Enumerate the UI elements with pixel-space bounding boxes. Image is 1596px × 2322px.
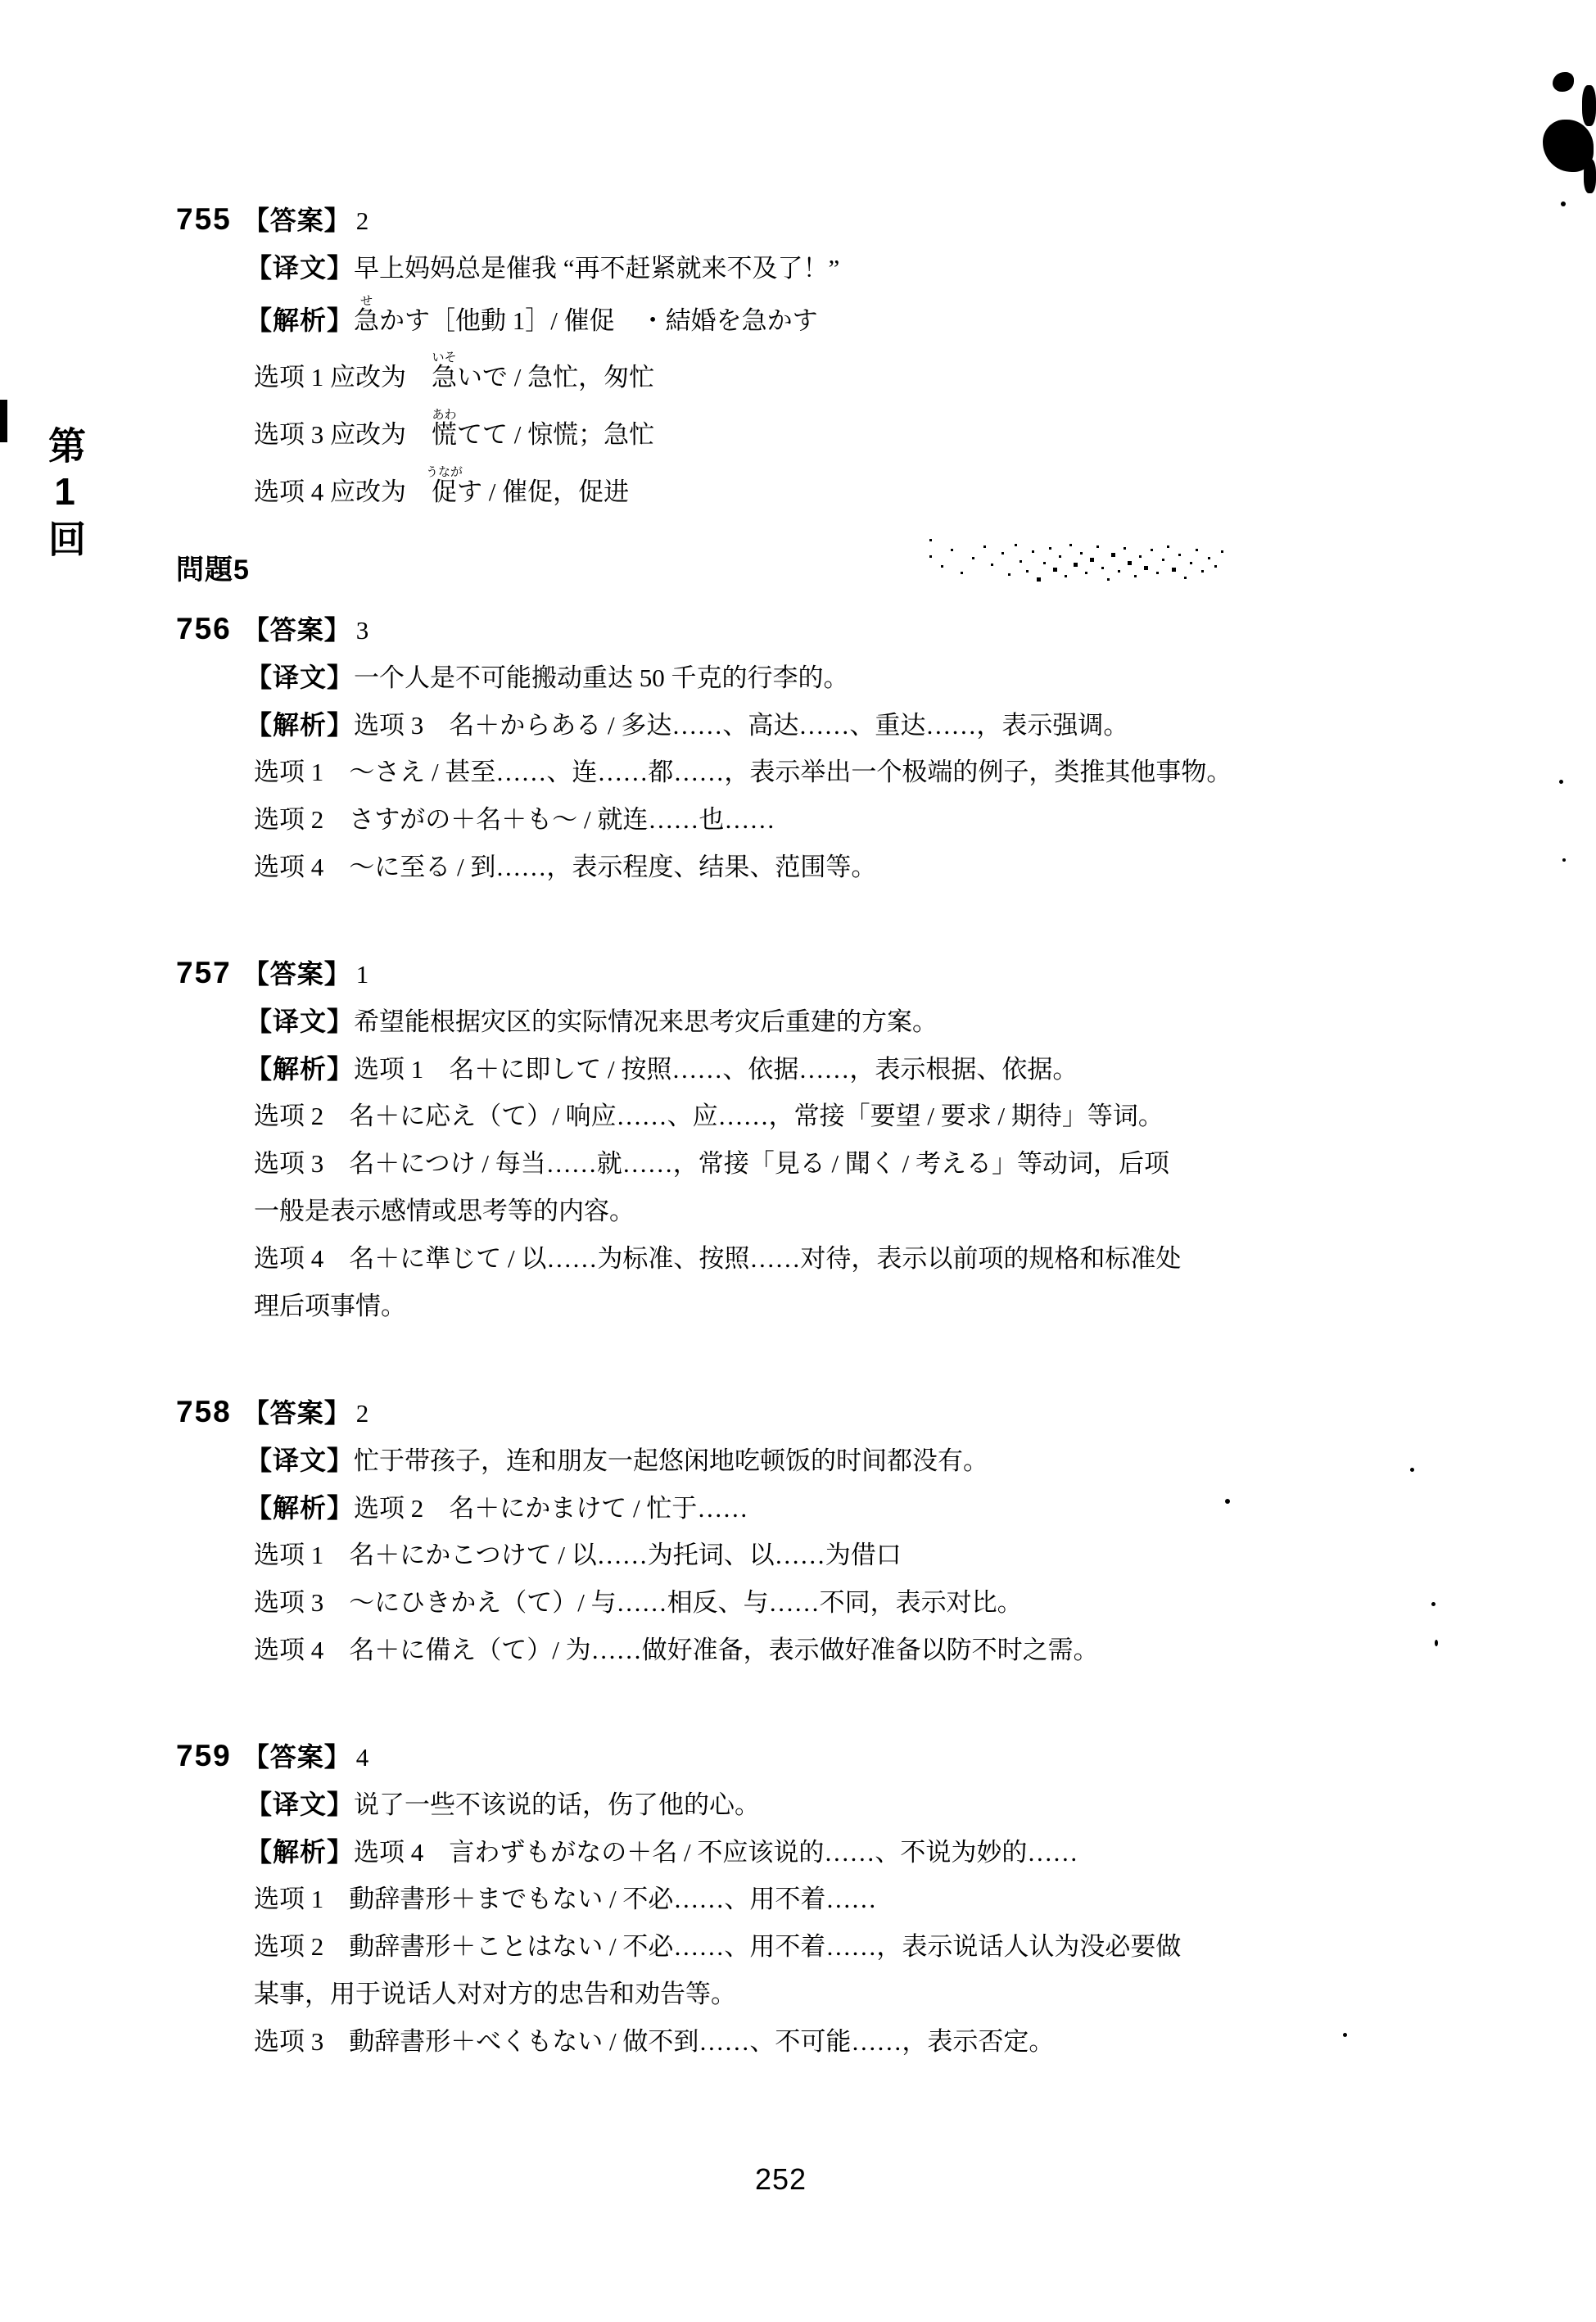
line-text: 选项 3 应改为 慌あわてて / 惊慌；急忙 — [254, 420, 654, 449]
item-number: 755 — [176, 202, 232, 236]
answer-value: 1 — [356, 960, 369, 989]
translation-line: 【译文】忙于带孩子，连和朋友一起悠闲地吃顿饭的时间都没有。 — [176, 1437, 1535, 1484]
option-line: 选项 3 名＋につけ / 每当……就……，常接「見る / 聞く / 考える」等动… — [176, 1140, 1535, 1188]
line-text: 选项 3 ～にひきかえ（て）/ 与……相反、与……不同，表示对比。 — [254, 1588, 1023, 1617]
line-text: 选项 4 名＋に備え（て）/ 为……做好准备，表示做好准备以防不时之需。 — [254, 1636, 1099, 1664]
line-text: 忙于带孩子，连和朋友一起悠闲地吃顿饭的时间都没有。 — [354, 1446, 988, 1475]
side-tab-round-label: 第1回 — [38, 426, 92, 564]
option-line: 选项 2 名＋に応え（て）/ 响应……、应……，常接「要望 / 要求 / 期待」… — [176, 1093, 1535, 1140]
page-number: 252 — [755, 2162, 807, 2197]
line-text: 选项 2 動辞書形＋ことはない / 不必……、用不着……，表示说话人认为没必要做 — [254, 1932, 1181, 1961]
ink-speck — [1561, 201, 1566, 206]
answer-label: 【答案】 — [243, 1398, 351, 1428]
analysis-line: 【解析】急せかす［他動 1］/ 催促 ・結婚を急かす — [176, 292, 1535, 349]
furigana-ruby: 促うなが — [432, 478, 457, 506]
option-line: 选项 2 さすがの＋名＋も～ / 就连……也…… — [176, 796, 1535, 844]
analysis-line: 【解析】选项 4 言わずもがなの＋名 / 不应该说的……、不说为妙的…… — [176, 1828, 1535, 1876]
option-line: 选项 3 应改为 慌あわてて / 惊慌；急忙 — [176, 406, 1535, 464]
translation-line: 【译文】一个人是不可能搬动重达 50 千克的行李的。 — [176, 654, 1535, 701]
translation-line: 【译文】说了一些不该说的话，伤了他的心。 — [176, 1781, 1535, 1828]
answer-key-content: 755【答案】2【译文】早上妈妈总是催我 “再不赶紧就来不及了！”【解析】急せか… — [176, 195, 1535, 2066]
answer-value: 3 — [356, 616, 369, 645]
answer-item-755: 755【答案】2【译文】早上妈妈总是催我 “再不赶紧就来不及了！”【解析】急せか… — [176, 195, 1535, 521]
line-text: 选项 4 ～に至る / 到……，表示程度、结果、范围等。 — [254, 853, 876, 881]
answer-label: 【答案】 — [243, 615, 351, 645]
ink-smudge-top-right — [1582, 85, 1596, 126]
continuation-line: 理后项事情。 — [176, 1283, 1535, 1330]
line-text: 某事，用于说话人对对方的忠告和劝告等。 — [254, 1980, 736, 2008]
option-line: 选项 4 名＋に準じて / 以……为标准、按照……对待，表示以前项的规格和标准处 — [176, 1235, 1535, 1283]
answer-label: 【答案】 — [243, 1742, 351, 1772]
answer-line: 757【答案】1 — [176, 948, 1535, 998]
line-text: 一个人是不可能搬动重达 50 千克的行李的。 — [354, 663, 849, 692]
item-number: 759 — [176, 1739, 232, 1772]
line-text: 选项 4 名＋に準じて / 以……为标准、按照……对待，表示以前项的规格和标准处 — [254, 1244, 1181, 1273]
item-number: 757 — [176, 956, 232, 989]
answer-line: 756【答案】3 — [176, 604, 1535, 654]
analysis-label: 【解析】 — [246, 710, 354, 740]
line-text: 选项 4 应改为 促うながす / 催促，促进 — [254, 478, 629, 506]
furigana-ruby: 急せ — [354, 306, 379, 335]
answer-item-759: 759【答案】4【译文】说了一些不该说的话，伤了他的心。【解析】选项 4 言わず… — [176, 1731, 1535, 2066]
answer-line: 758【答案】2 — [176, 1387, 1535, 1437]
answer-line: 759【答案】4 — [176, 1731, 1535, 1781]
line-text: 希望能根据灾区的实际情况来思考灾后重建的方案。 — [354, 1007, 938, 1036]
scanned-book-page: 第1回 755【答案】2【译文】早上妈妈总是催我 “再不赶紧就来不及了！”【解析… — [0, 0, 1596, 2322]
answer-label: 【答案】 — [243, 959, 351, 989]
analysis-line: 【解析】选项 3 名＋からある / 多达……、高达……、重达……，表示强调。 — [176, 701, 1535, 749]
line-text: 一般是表示感情或思考等的内容。 — [254, 1197, 635, 1225]
option-line: 选项 4 名＋に備え（て）/ 为……做好准备，表示做好准备以防不时之需。 — [176, 1627, 1535, 1674]
translation-label: 【译文】 — [246, 663, 354, 692]
translation-label: 【译文】 — [246, 253, 354, 283]
line-text: 选项 1 動辞書形＋までもない / 不必……、用不着…… — [254, 1885, 876, 1913]
analysis-label: 【解析】 — [246, 306, 354, 335]
translation-line: 【译文】希望能根据灾区的实际情况来思考灾后重建的方案。 — [176, 998, 1535, 1045]
line-text: 选项 1 ～さえ / 甚至……、连……都……，表示举出一个极端的例子，类推其他事… — [254, 758, 1232, 786]
line-text: 选项 3 名＋からある / 多达……、高达……、重达……，表示强调。 — [354, 711, 1128, 740]
furigana-ruby: 急いそ — [432, 363, 457, 392]
answer-label: 【答案】 — [243, 206, 351, 235]
option-line: 选项 4 ～に至る / 到……，表示程度、结果、范围等。 — [176, 844, 1535, 891]
analysis-line: 【解析】选项 1 名＋に即して / 按照……、依据……，表示根据、依据。 — [176, 1045, 1535, 1093]
line-text: 选项 1 名＋に即して / 按照……、依据……，表示根据、依据。 — [354, 1055, 1078, 1084]
line-text: 急せかす［他動 1］/ 催促 ・結婚を急かす — [354, 306, 818, 335]
answer-value: 2 — [356, 206, 369, 235]
item-number: 758 — [176, 1395, 232, 1428]
line-text: 选项 2 さすがの＋名＋も～ / 就连……也…… — [254, 805, 775, 834]
ink-smudge-top-right — [1584, 159, 1596, 193]
scan-edge-mark — [0, 400, 7, 442]
option-line: 选项 3 ～にひきかえ（て）/ 与……相反、与……不同，表示对比。 — [176, 1579, 1535, 1627]
option-line: 选项 1 動辞書形＋までもない / 不必……、用不着…… — [176, 1876, 1535, 1923]
answer-item-758: 758【答案】2【译文】忙于带孩子，连和朋友一起悠闲地吃顿饭的时间都没有。【解析… — [176, 1387, 1535, 1674]
line-text: 说了一些不该说的话，伤了他的心。 — [354, 1790, 760, 1819]
option-line: 选项 1 ～さえ / 甚至……、连……都……，表示举出一个极端的例子，类推其他事… — [176, 749, 1535, 796]
answer-item-756: 756【答案】3【译文】一个人是不可能搬动重达 50 千克的行李的。【解析】选项… — [176, 604, 1535, 891]
translation-label: 【译文】 — [246, 1790, 354, 1819]
answer-value: 4 — [356, 1743, 369, 1772]
section-heading: 問題5 — [176, 544, 1535, 596]
line-text: 选项 4 言わずもがなの＋名 / 不应该说的……、不说为妙的…… — [354, 1838, 1078, 1867]
item-number: 756 — [176, 612, 232, 645]
line-text: 选项 3 名＋につけ / 每当……就……，常接「見る / 聞く / 考える」等动… — [254, 1149, 1169, 1178]
line-text: 选项 2 名＋にかまけて / 忙于…… — [354, 1494, 748, 1523]
answer-value: 2 — [356, 1399, 369, 1428]
analysis-line: 【解析】选项 2 名＋にかまけて / 忙于…… — [176, 1484, 1535, 1532]
analysis-label: 【解析】 — [246, 1493, 354, 1523]
translation-label: 【译文】 — [246, 1446, 354, 1475]
line-text: 早上妈妈总是催我 “再不赶紧就来不及了！” — [354, 254, 839, 283]
line-text: 选项 1 应改为 急いそいで / 急忙，匆忙 — [254, 363, 654, 392]
line-text: 选项 2 名＋に応え（て）/ 响应……、应……，常接「要望 / 要求 / 期待」… — [254, 1102, 1164, 1130]
option-line: 选项 1 应改为 急いそいで / 急忙，匆忙 — [176, 349, 1535, 406]
ink-smudge-top-right — [1553, 72, 1574, 92]
continuation-line: 一般是表示感情或思考等的内容。 — [176, 1188, 1535, 1235]
ink-speck — [1562, 858, 1566, 862]
line-text: 理后项事情。 — [254, 1292, 406, 1320]
option-line: 选项 1 名＋にかこつけて / 以……为托词、以……为借口 — [176, 1532, 1535, 1579]
line-text: 选项 1 名＋にかこつけて / 以……为托词、以……为借口 — [254, 1541, 902, 1569]
analysis-label: 【解析】 — [246, 1054, 354, 1084]
line-text: 选项 3 動辞書形＋べくもない / 做不到……、不可能……，表示否定。 — [254, 2027, 1054, 2056]
option-line: 选项 2 動辞書形＋ことはない / 不必……、用不着……，表示说话人认为没必要做 — [176, 1923, 1535, 1971]
translation-line: 【译文】早上妈妈总是催我 “再不赶紧就来不及了！” — [176, 244, 1535, 292]
furigana-ruby: 慌あわ — [432, 420, 457, 449]
ink-speck — [1559, 780, 1563, 784]
option-line: 选项 4 应改为 促うながす / 催促，促进 — [176, 464, 1535, 521]
analysis-label: 【解析】 — [246, 1837, 354, 1867]
option-line: 选项 3 動辞書形＋べくもない / 做不到……、不可能……，表示否定。 — [176, 2018, 1535, 2066]
answer-item-757: 757【答案】1【译文】希望能根据灾区的实际情况来思考灾后重建的方案。【解析】选… — [176, 948, 1535, 1330]
continuation-line: 某事，用于说话人对对方的忠告和劝告等。 — [176, 1971, 1535, 2018]
translation-label: 【译文】 — [246, 1007, 354, 1036]
answer-line: 755【答案】2 — [176, 195, 1535, 244]
